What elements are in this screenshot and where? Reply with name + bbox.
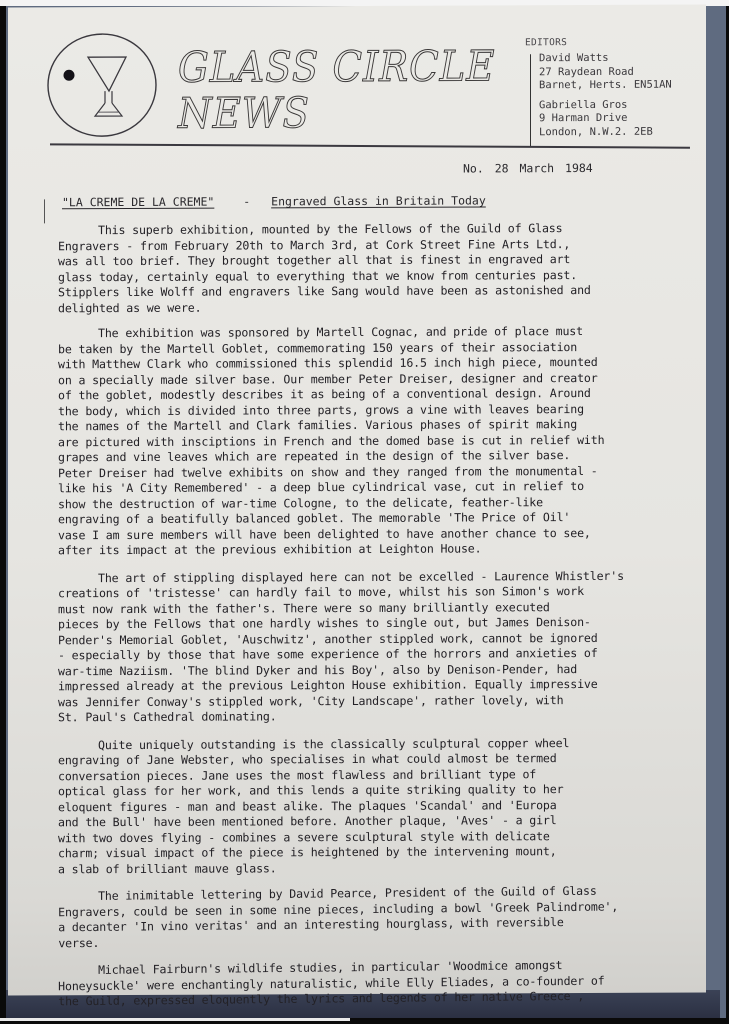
issue-date: March 1984 [519, 161, 592, 175]
editor-street: 9 Harman Drive [539, 112, 672, 126]
editors-divider [530, 54, 531, 146]
paragraph: The art of stippling displayed here can … [58, 568, 678, 726]
newsletter-page: GLASS CIRCLE NEWS EDITORS David Watts 27… [8, 4, 706, 995]
article-body: This superb exhibition, mounted by the F… [58, 221, 678, 1022]
headline-subtitle: Engraved Glass in Britain Today [271, 193, 486, 208]
masthead-title: GLASS CIRCLE NEWS [178, 43, 495, 136]
masthead-title-line2: NEWS [178, 89, 495, 136]
editor-address: David Watts 27 Raydean Road Barnet, Hert… [539, 52, 672, 93]
issue-line: No. 28 March 1984 [463, 161, 593, 176]
issue-number: No. 28 [463, 161, 509, 175]
headline-title: "LA CREME DE LA CREME" [62, 195, 214, 210]
editor-street: 27 Raydean Road [539, 65, 672, 79]
article-headline: "LA CREME DE LA CREME" - Engraved Glass … [62, 193, 486, 209]
paragraph: Quite uniquely outstanding is the classi… [58, 735, 678, 877]
photo-frame-bottom-strip [0, 1018, 350, 1021]
editor-town: London, N.W.2. 2EB [539, 125, 672, 139]
paragraph: The exhibition was sponsored by Martell … [58, 324, 678, 559]
masthead-title-line1: GLASS CIRCLE [178, 43, 495, 90]
editor-name: David Watts [539, 52, 672, 66]
editors-block: David Watts 27 Raydean Road Barnet, Hert… [539, 52, 672, 146]
paragraph: Michael Fairburn's wildlife studies, in … [58, 957, 678, 1010]
editor-name: Gabriella Gros [539, 98, 672, 112]
paragraph: The inimitable lettering by David Pearce… [58, 883, 678, 951]
editor-town: Barnet, Herts. EN51AN [539, 79, 672, 93]
headline-separator: - [243, 194, 250, 208]
editor-address: Gabriella Gros 9 Harman Drive London, N.… [539, 98, 672, 139]
margin-mark [44, 199, 45, 223]
paragraph: This superb exhibition, mounted by the F… [58, 221, 678, 317]
editors-label: EDITORS [525, 37, 567, 48]
wine-glass-in-circle-icon [42, 29, 158, 140]
